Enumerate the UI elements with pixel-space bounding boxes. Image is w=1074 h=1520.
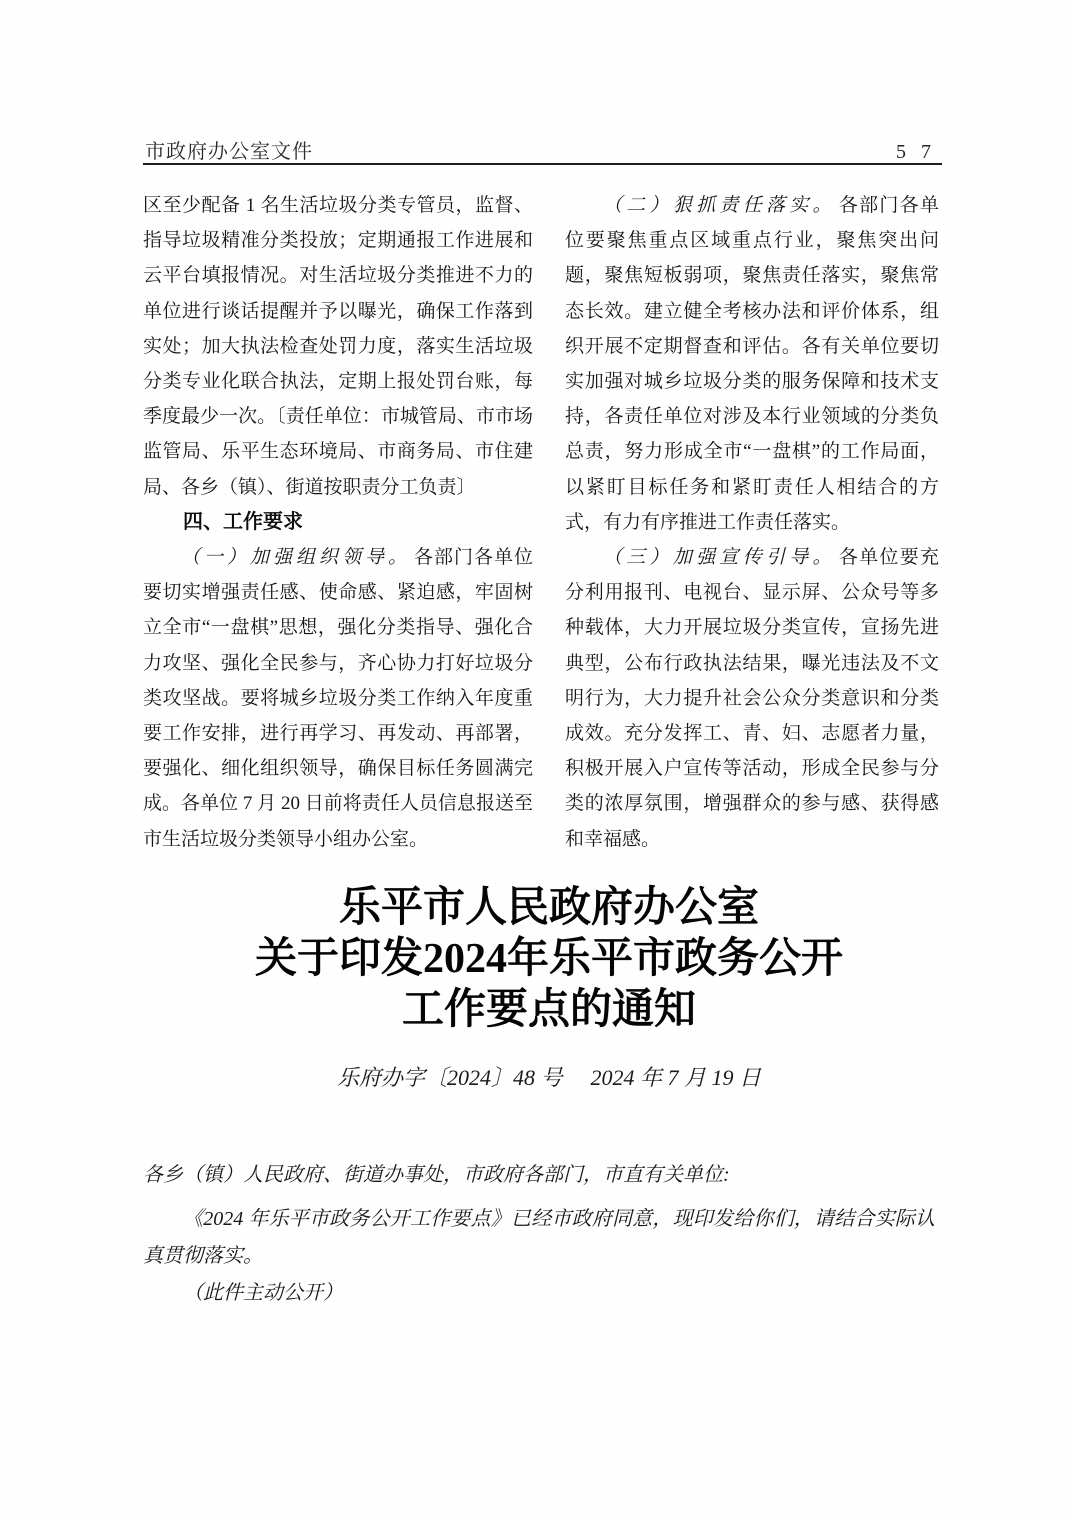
paragraph-item-3-lead: （三）加强宣传引导。: [603, 547, 839, 568]
doc-number: 乐府办字〔2024〕48 号: [337, 1065, 563, 1090]
doc-date: 2024 年 7 月 19 日: [591, 1065, 762, 1090]
notice-title-line-3: 工作要点的通知: [125, 985, 973, 1036]
paragraph-continuation: 区至少配备 1 名生活垃圾分类专管员，监督、指导垃圾精准分类投放；定期通报工作进…: [143, 188, 533, 505]
letter-salutation: 各乡（镇）人民政府、街道办事处，市政府各部门，市直有关单位:: [143, 1157, 935, 1194]
section-heading-work-requirements: 四、工作要求: [143, 505, 533, 540]
paragraph-item-2-text: 各部门各单位要聚焦重点区域重点行业，聚焦突出问题，聚焦短板弱项，聚焦责任落实，聚…: [565, 195, 939, 533]
paragraph-item-3-text: 各单位要充分利用报刊、电视台、显示屏、公众号等多种载体，大力开展垃圾分类宣传，宣…: [565, 547, 939, 850]
paragraph-item-1: （一）加强组织领导。各部门各单位要切实增强责任感、使命感、紧迫感，牢固树立全市“…: [143, 540, 533, 857]
paragraph-item-1-text: 各部门各单位要切实增强责任感、使命感、紧迫感，牢固树立全市“一盘棋”思想，强化分…: [143, 547, 533, 850]
paragraph-item-2: （二）狠抓责任落实。各部门各单位要聚焦重点区域重点行业，聚焦突出问题，聚焦短板弱…: [565, 188, 939, 540]
header-doc-type: 市政府办公室文件: [145, 135, 313, 164]
letter-section: 各乡（镇）人民政府、街道办事处，市政府各部门，市直有关单位: 《2024 年乐平…: [143, 1157, 935, 1312]
letter-note: （此件主动公开）: [143, 1275, 935, 1312]
document-page: 市政府办公室文件 5 7 区至少配备 1 名生活垃圾分类专管员，监督、指导垃圾精…: [0, 0, 1074, 1520]
paragraph-item-3: （三）加强宣传引导。各单位要充分利用报刊、电视台、显示屏、公众号等多种载体，大力…: [565, 540, 939, 857]
paragraph-item-2-lead: （二）狠抓责任落实。: [603, 195, 839, 216]
header-rule: [143, 163, 942, 165]
notice-title-line-1: 乐平市人民政府办公室: [125, 883, 973, 934]
right-column: （二）狠抓责任落实。各部门各单位要聚焦重点区域重点行业，聚焦突出问题，聚焦短板弱…: [565, 188, 939, 857]
doc-number-line: 乐府办字〔2024〕48 号2024 年 7 月 19 日: [125, 1061, 973, 1092]
notice-title-line-2: 关于印发2024年乐平市政务公开: [125, 934, 973, 985]
left-column: 区至少配备 1 名生活垃圾分类专管员，监督、指导垃圾精准分类投放；定期通报工作进…: [143, 188, 533, 857]
letter-body: 《2024 年乐平市政务公开工作要点》已经市政府同意，现印发给你们，请结合实际认…: [143, 1201, 935, 1275]
notice-title: 乐平市人民政府办公室 关于印发2024年乐平市政务公开 工作要点的通知: [125, 883, 973, 1036]
page-number: 5 7: [896, 141, 936, 164]
paragraph-item-1-lead: （一）加强组织领导。: [181, 547, 414, 568]
